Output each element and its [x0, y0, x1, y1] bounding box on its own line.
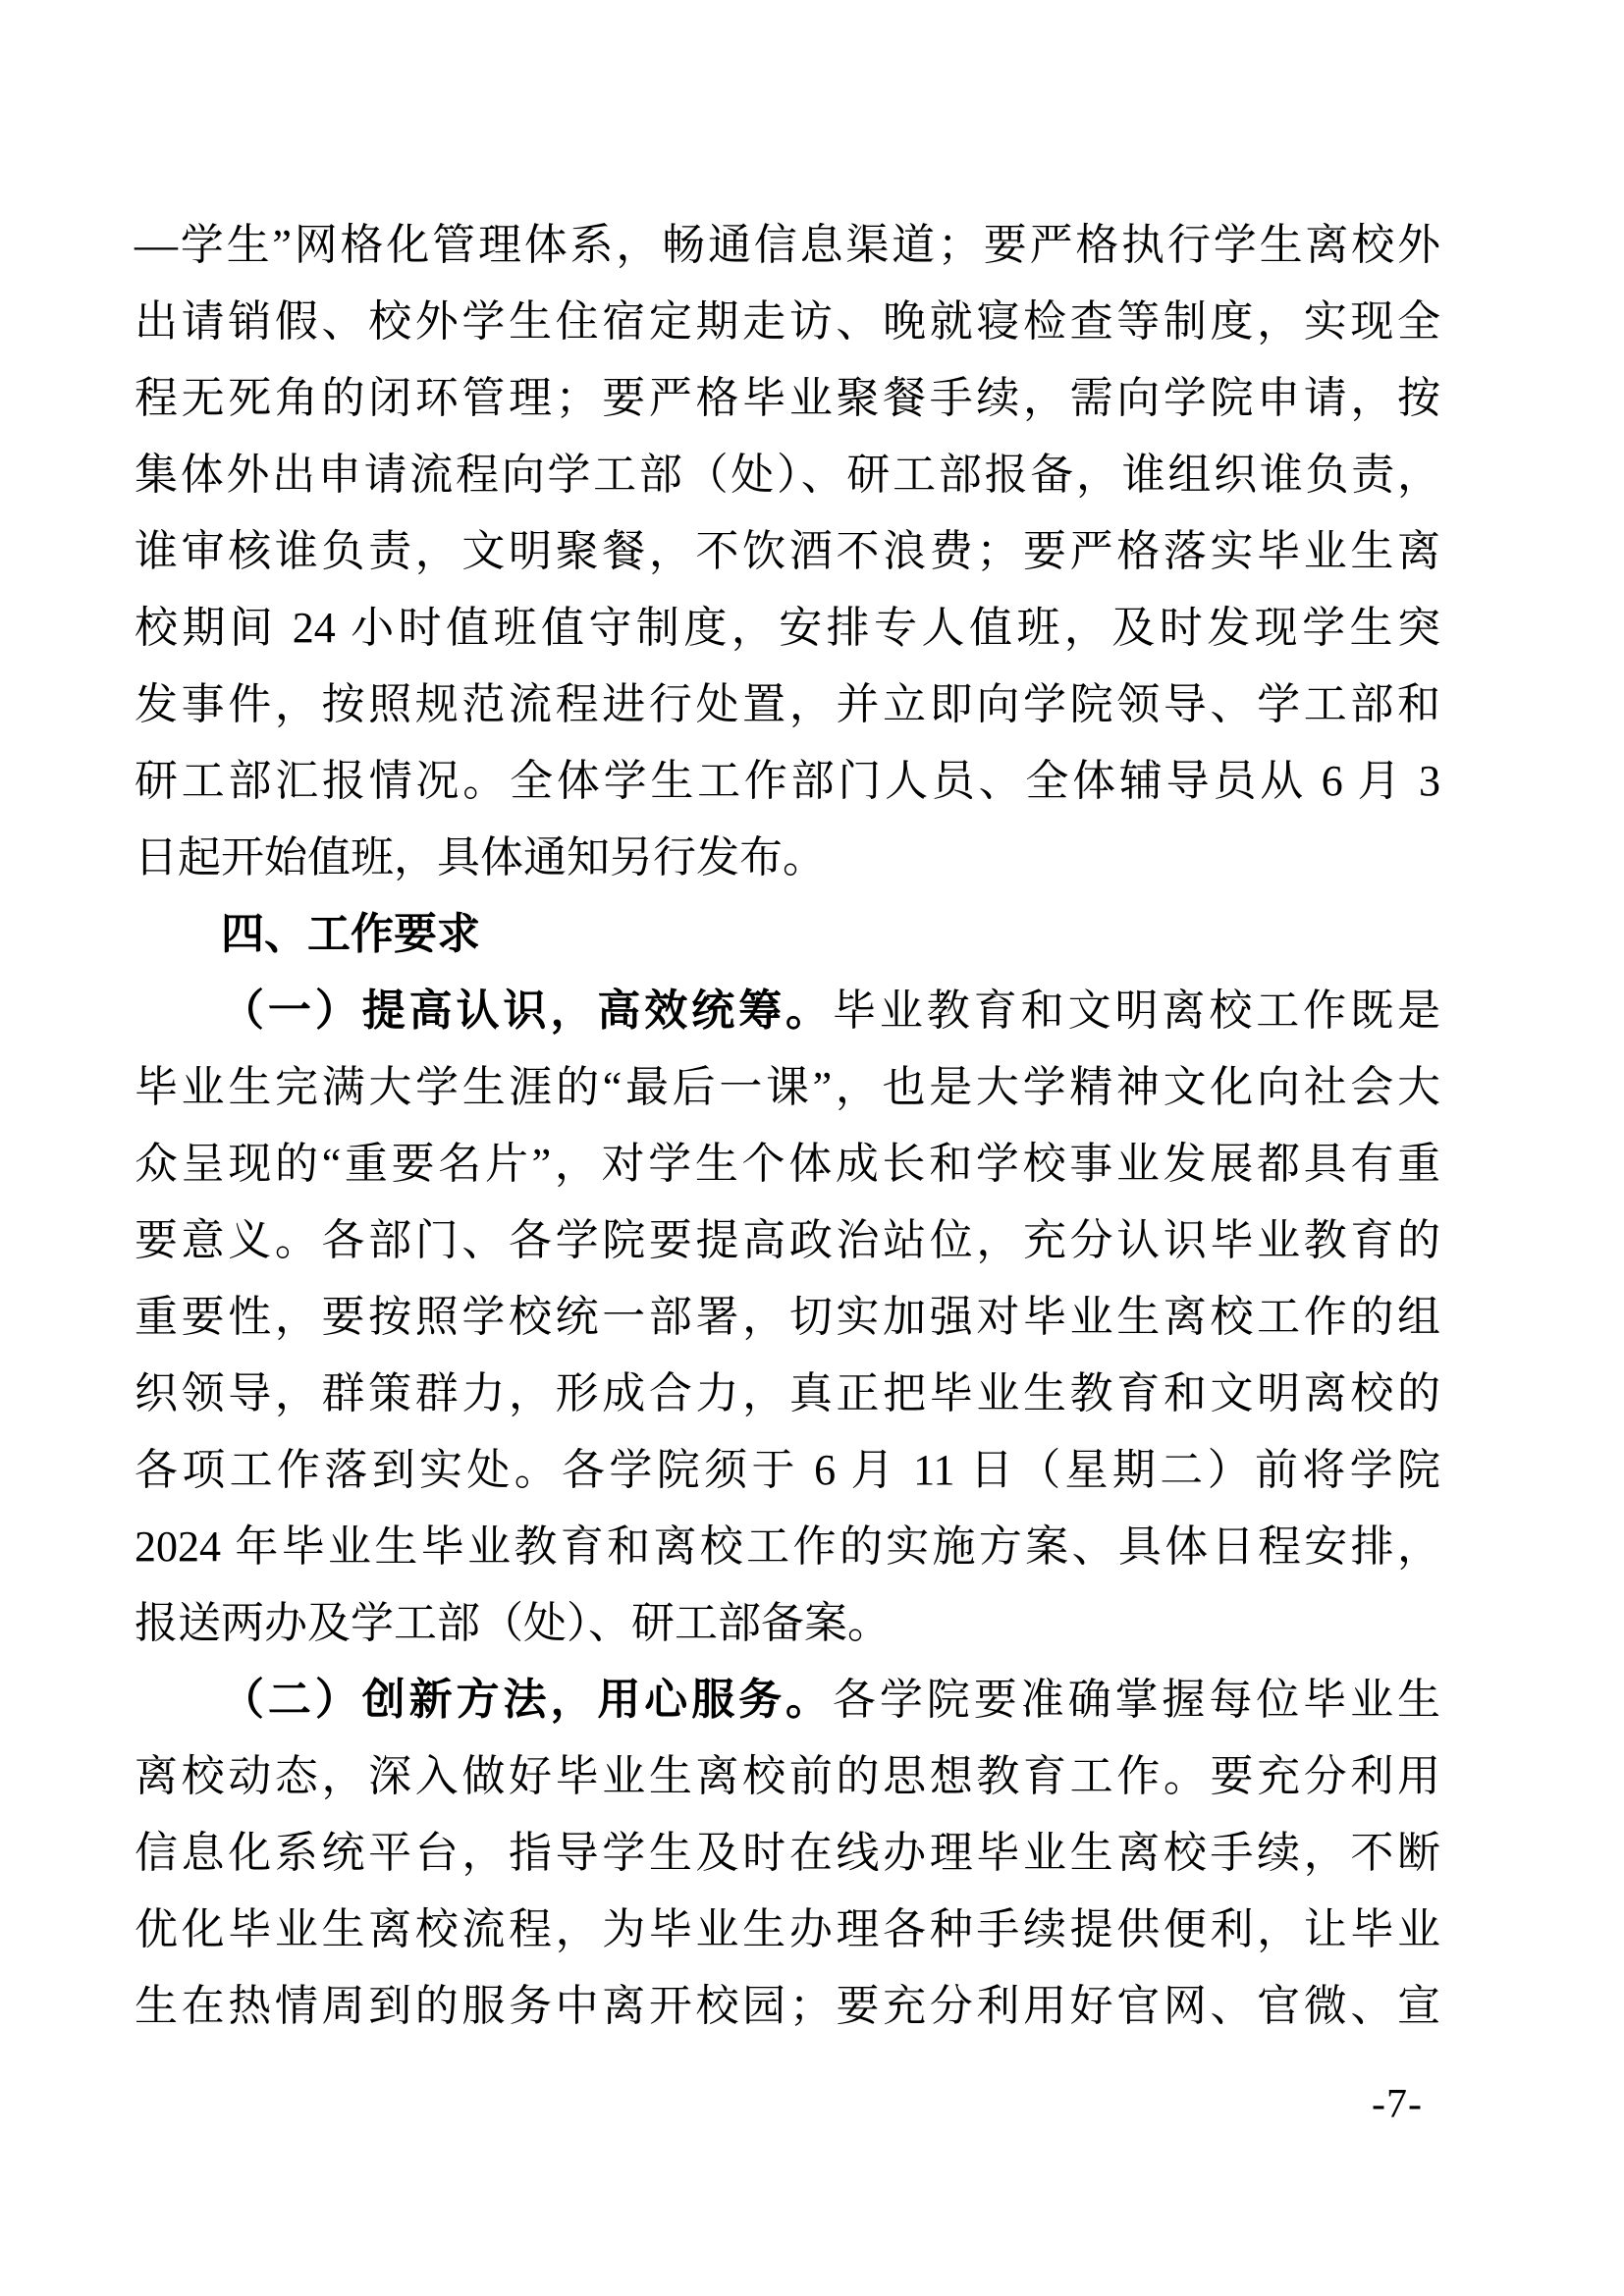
line-text: 研工部汇报情况。全体学生工作部门人员、全体辅导员从 6 月 3 [135, 757, 1440, 805]
text-line: （二）创新方法，用心服务。各学院要准确掌握每位毕业生 [135, 1662, 1440, 1738]
line-text: 生在热情周到的服务中离开校园；要充分利用好官网、官微、宣 [135, 1982, 1440, 2030]
document-page: —学生”网格化管理体系，畅通信息渠道；要严格执行学生离校外 出请销假、校外学生住… [0, 0, 1624, 2296]
text-line: 四、工作要求 [135, 896, 1440, 973]
line-text: 重要性，要按照学校统一部署，切实加强对毕业生离校工作的组 [135, 1293, 1440, 1341]
line-text: 发事件，按照规范流程进行处置，并立即向学院领导、学工部和 [135, 680, 1440, 728]
document-body: —学生”网格化管理体系，畅通信息渠道；要严格执行学生离校外 出请销假、校外学生住… [135, 207, 1440, 2045]
text-line: 各项工作落到实处。各学院须于 6 月 11 日（星期二）前将学院 [135, 1432, 1440, 1509]
line-text: 众呈现的“重要名片”，对学生个体成长和学校事业发展都具有重 [135, 1140, 1440, 1188]
text-line: 日起开始值班，具体通知另行发布。 [135, 820, 1440, 896]
text-line: 程无死角的闭环管理；要严格毕业聚餐手续，需向学院申请，按 [135, 360, 1440, 437]
line-text: 要意义。各部门、各学院要提高政治站位，充分认识毕业教育的 [135, 1216, 1440, 1264]
text-line: 2024 年毕业生毕业教育和离校工作的实施方案、具体日程安排， [135, 1509, 1440, 1585]
text-line: 重要性，要按照学校统一部署，切实加强对毕业生离校工作的组 [135, 1279, 1440, 1356]
line-text: 日起开始值班，具体通知另行发布。 [135, 833, 826, 881]
text-line: 离校动态，深入做好毕业生离校前的思想教育工作。要充分利用 [135, 1738, 1440, 1815]
text-line: （一）提高认识，高效统筹。毕业教育和文明离校工作既是 [135, 973, 1440, 1049]
line-text: 各学院要准确掌握每位毕业生 [833, 1676, 1440, 1724]
text-line: 研工部汇报情况。全体学生工作部门人员、全体辅导员从 6 月 3 [135, 743, 1440, 820]
text-line: —学生”网格化管理体系，畅通信息渠道；要严格执行学生离校外 [135, 207, 1440, 284]
line-text: 优化毕业生离校流程，为毕业生办理各种手续提供便利，让毕业 [135, 1905, 1440, 1953]
text-line: 校期间 24 小时值班值守制度，安排专人值班，及时发现学生突 [135, 590, 1440, 667]
line-text: 各项工作落到实处。各学院须于 6 月 11 日（星期二）前将学院 [135, 1446, 1440, 1494]
page-number: -7- [1372, 2079, 1423, 2130]
text-line: 生在热情周到的服务中离开校园；要充分利用好官网、官微、宣 [135, 1968, 1440, 2045]
text-line: 集体外出申请流程向学工部（处）、研工部报备，谁组织谁负责， [135, 437, 1440, 513]
text-line: 优化毕业生离校流程，为毕业生办理各种手续提供便利，让毕业 [135, 1892, 1440, 1968]
line-text: 报送两办及学工部（处）、研工部备案。 [135, 1599, 891, 1647]
line-text: 毕业生完满大学生涯的“最后一课”，也是大学精神文化向社会大 [135, 1063, 1440, 1111]
line-text: 离校动态，深入做好毕业生离校前的思想教育工作。要充分利用 [135, 1752, 1440, 1800]
line-text: 谁审核谁负责，文明聚餐，不饮酒不浪费；要严格落实毕业生离 [135, 527, 1440, 575]
line-text: 出请销假、校外学生住宿定期走访、晚就寝检查等制度，实现全 [135, 297, 1440, 346]
line-text: 集体外出申请流程向学工部（处）、研工部报备，谁组织谁负责， [135, 451, 1440, 499]
line-text: 织领导，群策群力，形成合力，真正把毕业生教育和文明离校的 [135, 1369, 1440, 1417]
text-line: 出请销假、校外学生住宿定期走访、晚就寝检查等制度，实现全 [135, 284, 1440, 360]
line-text: 程无死角的闭环管理；要严格毕业聚餐手续，需向学院申请，按 [135, 374, 1440, 422]
text-line: 谁审核谁负责，文明聚餐，不饮酒不浪费；要严格落实毕业生离 [135, 513, 1440, 590]
subsection-heading: （二）创新方法，用心服务。 [221, 1676, 833, 1724]
line-text: —学生”网格化管理体系，畅通信息渠道；要严格执行学生离校外 [135, 221, 1440, 269]
section-heading: 四、工作要求 [221, 910, 480, 958]
text-line: 众呈现的“重要名片”，对学生个体成长和学校事业发展都具有重 [135, 1126, 1440, 1202]
line-text: 毕业教育和文明离校工作既是 [833, 987, 1440, 1035]
text-line: 要意义。各部门、各学院要提高政治站位，充分认识毕业教育的 [135, 1202, 1440, 1279]
text-line: 报送两办及学工部（处）、研工部备案。 [135, 1585, 1440, 1662]
line-text: 信息化系统平台，指导学生及时在线办理毕业生离校手续，不断 [135, 1829, 1440, 1877]
line-text: 校期间 24 小时值班值守制度，安排专人值班，及时发现学生突 [135, 604, 1440, 652]
text-line: 发事件，按照规范流程进行处置，并立即向学院领导、学工部和 [135, 667, 1440, 743]
line-text: 2024 年毕业生毕业教育和离校工作的实施方案、具体日程安排， [135, 1522, 1440, 1571]
subsection-heading: （一）提高认识，高效统筹。 [221, 987, 833, 1035]
text-line: 织领导，群策群力，形成合力，真正把毕业生教育和文明离校的 [135, 1356, 1440, 1432]
text-line: 信息化系统平台，指导学生及时在线办理毕业生离校手续，不断 [135, 1815, 1440, 1892]
text-line: 毕业生完满大学生涯的“最后一课”，也是大学精神文化向社会大 [135, 1049, 1440, 1126]
